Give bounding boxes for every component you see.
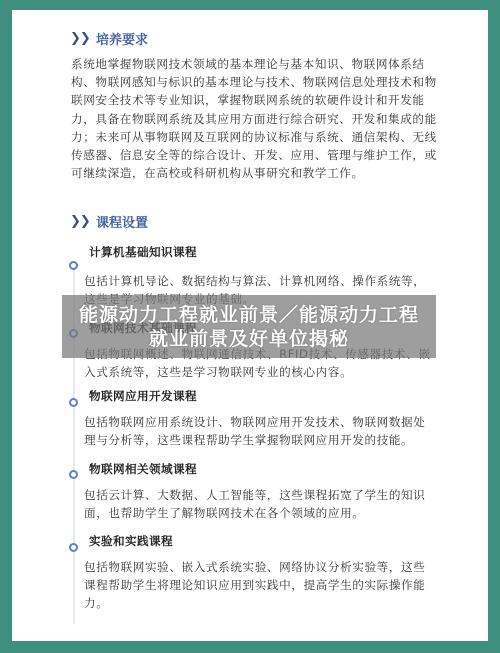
timeline-dot-icon: [69, 470, 78, 479]
course-description: 包括云计算、大数据、人工智能等，这些课程拓宽了学生的知识面，也帮助学生了解物联网…: [84, 486, 434, 522]
double-chevron-right-icon: ❯❯: [70, 214, 96, 229]
training-requirements-paragraph: 系统地掌握物联网技术领域的基本理论与基本知识、物联网体系结构、物联网感知与标识的…: [71, 55, 443, 182]
course-title: 物联网应用开发课程: [89, 388, 197, 404]
course-title: 计算机基础知识课程: [89, 244, 197, 260]
overlay-title: 能源动力工程就业前景／能源动力工程就业前景及好单位揭秘: [79, 303, 419, 351]
section-header-curriculum: ❯❯ 课程设置: [70, 212, 148, 231]
timeline-dot-icon: [69, 261, 78, 270]
double-chevron-right-icon: ❯❯: [70, 31, 96, 46]
course-title: 物联网相关领域课程: [89, 461, 197, 477]
timeline-dot-icon: [69, 543, 78, 552]
course-title: 实验和实践课程: [89, 533, 173, 549]
overlay-title-banner: 能源动力工程就业前景／能源动力工程就业前景及好单位揭秘: [62, 295, 436, 358]
section-header-training-requirements: ❯❯ 培养要求: [70, 29, 148, 48]
course-description: 包括物联网应用系统设计、物联网应用开发技术、物联网数据处理与分析等，这些课程帮助…: [84, 413, 434, 449]
section-title: 课程设置: [96, 212, 148, 231]
timeline-dot-icon: [69, 398, 78, 407]
course-description: 包括物联网实验、嵌入式系统实验、网络协议分析实验等，这些课程帮助学生将理论知识应…: [84, 558, 434, 613]
section-title: 培养要求: [96, 29, 148, 48]
